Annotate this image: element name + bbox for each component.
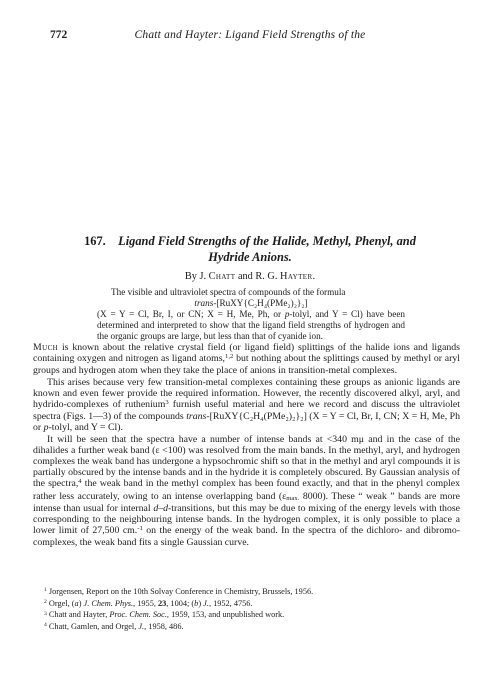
body-paragraph-3: It will be seen that the spectra have a … (33, 434, 460, 549)
body-paragraph-1: Much is known about the relative crystal… (33, 342, 460, 377)
abstract: The visible and ultraviolet spectra of c… (97, 287, 405, 342)
abstract-intro: The visible and ultraviolet spectra of c… (97, 287, 405, 298)
abstract-body: (X = Y = Cl, Br, I, or CN; X = H, Me, Ph… (97, 309, 405, 342)
body-paragraph-2: This arises because very few transition-… (33, 377, 460, 434)
page-number: 772 (50, 29, 67, 41)
footnote-2: 2 Orgel, (a) J. Chem. Phys., 1955, 23, 1… (44, 599, 465, 611)
journal-page: 772 Chatt and Hayter: Ligand Field Stren… (0, 0, 500, 679)
footnote-1: 1 Jorgensen, Report on the 10th Solvay C… (44, 587, 465, 599)
article-title-line1: 167. Ligand Field Strengths of the Halid… (40, 234, 460, 250)
footnotes: 1 Jorgensen, Report on the 10th Solvay C… (44, 587, 465, 633)
byline: By J. Chatt and R. G. Hayter. (40, 271, 460, 282)
running-title: Chatt and Hayter: Ligand Field Strengths… (0, 29, 500, 41)
article-title-block: 167. Ligand Field Strengths of the Halid… (40, 234, 460, 265)
footnote-3: 3 Chatt and Hayter, Proc. Chem. Soc., 19… (44, 610, 465, 622)
article-body: Much is known about the relative crystal… (33, 342, 460, 549)
footnote-4: 4 Chatt, Gamlen, and Orgel, J., 1958, 48… (44, 622, 465, 634)
page-header: 772 Chatt and Hayter: Ligand Field Stren… (0, 29, 500, 43)
abstract-formula: trans-[RuXY{C₂H₄(PMe₂)₂}₂] (97, 298, 405, 309)
article-title-line2: Hydride Anions. (40, 250, 460, 266)
